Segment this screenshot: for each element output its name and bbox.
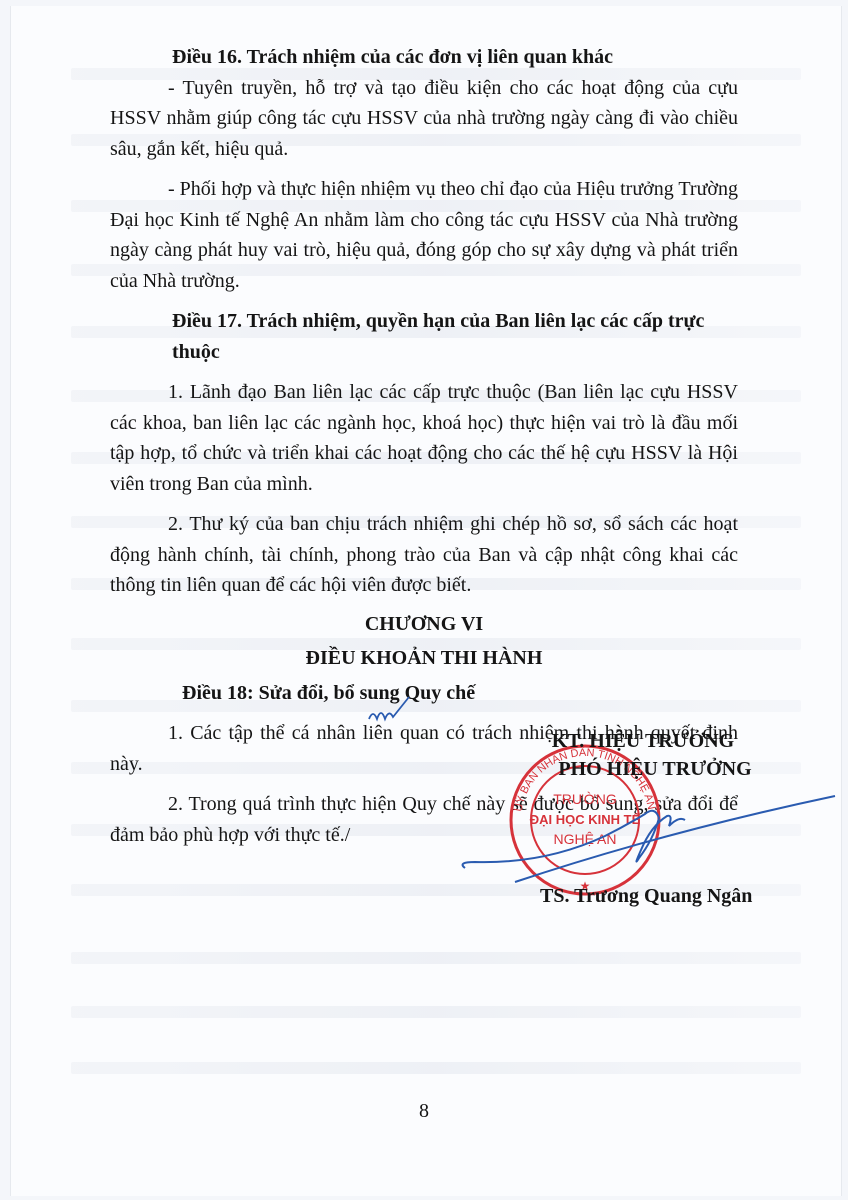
article-16-heading: Điều 16. Trách nhiệm của các đơn vị liên… <box>110 42 738 73</box>
article-18-heading: Điều 18: Sửa đổi, bổ sung Quy chế <box>110 678 738 709</box>
chapter-number: CHƯƠNG VI <box>110 609 738 640</box>
initial-mark-icon <box>365 695 415 725</box>
signature-block: KT. HIỆU TRƯỞNG PHÓ HIỆU TRƯỞNG <box>470 727 800 783</box>
stamp-line-2: ĐẠI HỌC KINH TẾ <box>530 812 641 827</box>
article-16-paragraph-1: - Tuyên truyền, hỗ trợ và tạo điều kiện … <box>110 73 738 165</box>
chapter-title: ĐIỀU KHOẢN THI HÀNH <box>110 643 738 674</box>
stamp-line-1: TRƯỜNG <box>553 791 617 807</box>
signer-name: TS. Trương Quang Ngân <box>540 885 752 908</box>
article-17-paragraph-1: 1. Lãnh đạo Ban liên lạc các cấp trực th… <box>110 377 738 499</box>
stamp-line-3: NGHỆ AN <box>553 831 616 847</box>
signature-title-1: KT. HIỆU TRƯỞNG <box>470 727 800 755</box>
article-17-paragraph-2: 2. Thư ký của ban chịu trách nhiệm ghi c… <box>110 509 738 601</box>
article-16-paragraph-2: - Phối hợp và thực hiện nhiệm vụ theo ch… <box>110 174 738 296</box>
page-number: 8 <box>0 1100 848 1123</box>
signature-title-2: PHÓ HIỆU TRƯỞNG <box>470 755 800 783</box>
article-17-heading: Điều 17. Trách nhiệm, quyền hạn của Ban … <box>110 306 738 367</box>
